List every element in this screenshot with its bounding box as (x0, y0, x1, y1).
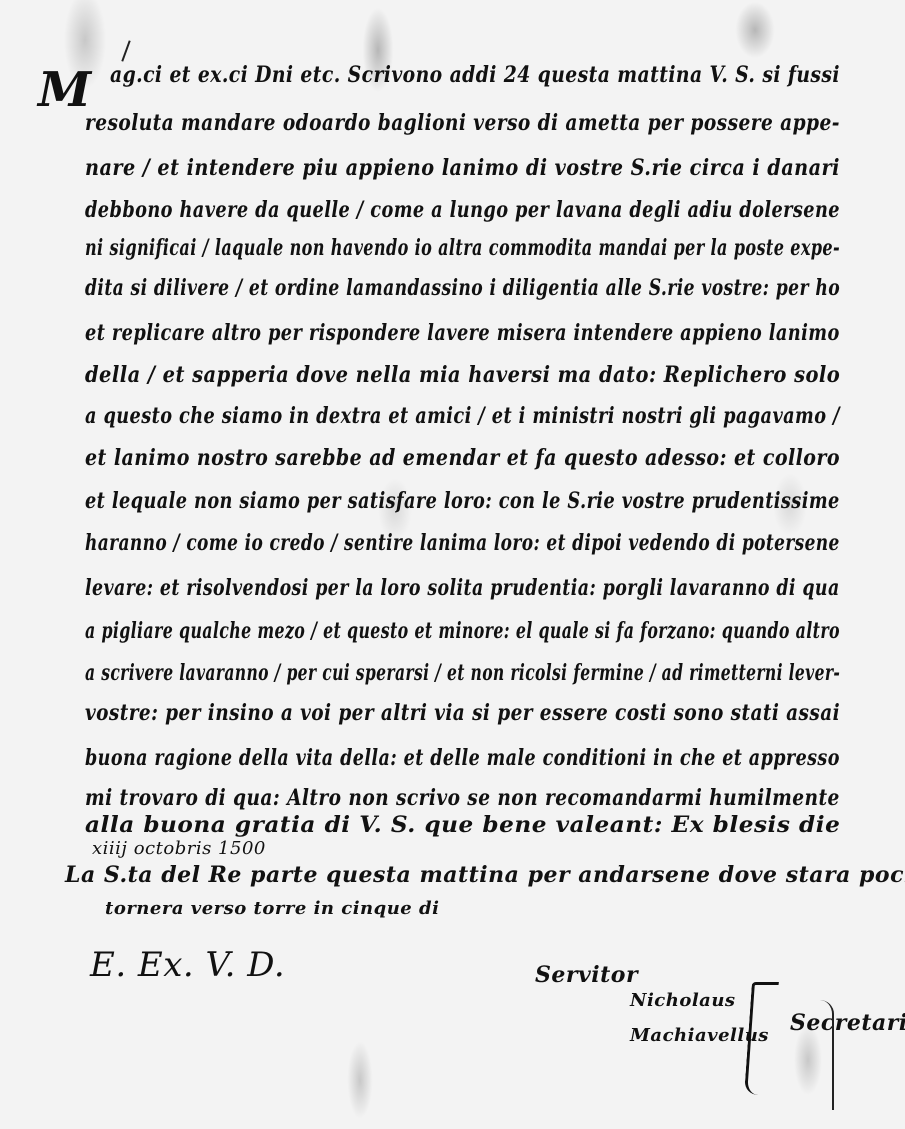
signature-flourish (820, 1000, 834, 1110)
letter-line: ag.ci et ex.ci Dni etc. Scrivono addi 24… (110, 62, 840, 88)
letter-line: alla buona gratia di V. S. que bene vale… (85, 812, 840, 838)
letter-line: resoluta mandare odoardo baglioni verso … (85, 110, 840, 136)
letter-line: debbono havere da quelle / come a lungo … (85, 197, 840, 223)
letter-line: nare / et intendere piu appieno lanimo d… (85, 155, 840, 181)
postscript-line: La S.ta del Re parte questa mattina per … (65, 862, 905, 888)
letter-date: xiiij octobris 1500 (92, 838, 266, 859)
letter-line: a scrivere lavaranno / per cui sperarsi … (85, 660, 840, 686)
manuscript-page: M ag.ci et ex.ci Dni etc. Scrivono addi … (0, 0, 905, 1129)
letter-line: et lanimo nostro sarebbe ad emendar et f… (85, 445, 840, 471)
abbreviation-line: E. Ex. V. D. (90, 945, 285, 985)
letter-initial: M (38, 62, 91, 118)
letter-line: buona ragione della vita della: et delle… (85, 745, 840, 771)
signature-title: Secretarius (790, 1010, 905, 1036)
letter-line: et replicare altro per rispondere lavere… (85, 320, 840, 346)
signature-bracket (744, 982, 779, 1095)
closing-servitor: Servitor (535, 962, 638, 988)
letter-line: levare: et risolvendosi per la loro soli… (85, 575, 840, 601)
letter-line: et lequale non siamo per satisfare loro:… (85, 488, 840, 514)
postscript-line: tornera verso torre in cinque di (105, 898, 439, 919)
letter-line: della / et sapperia dove nella mia haver… (85, 362, 840, 388)
signature-name-line-1: Nicholaus (630, 990, 736, 1011)
letter-line: a pigliare qualche mezo / et questo et m… (85, 618, 840, 644)
letter-line: ni significai / laquale non havendo io a… (85, 235, 840, 261)
letter-line: haranno / come io credo / sentire lanima… (85, 530, 840, 556)
letter-line: a questo che siamo in dextra et amici / … (85, 403, 840, 429)
letter-line: mi trovaro di qua: Altro non scrivo se n… (85, 785, 840, 811)
letter-line: vostre: per insino a voi per altri via s… (85, 700, 840, 726)
ink-mark (121, 40, 130, 61)
letter-line: dita si dilivere / et ordine lamandassin… (85, 275, 840, 301)
